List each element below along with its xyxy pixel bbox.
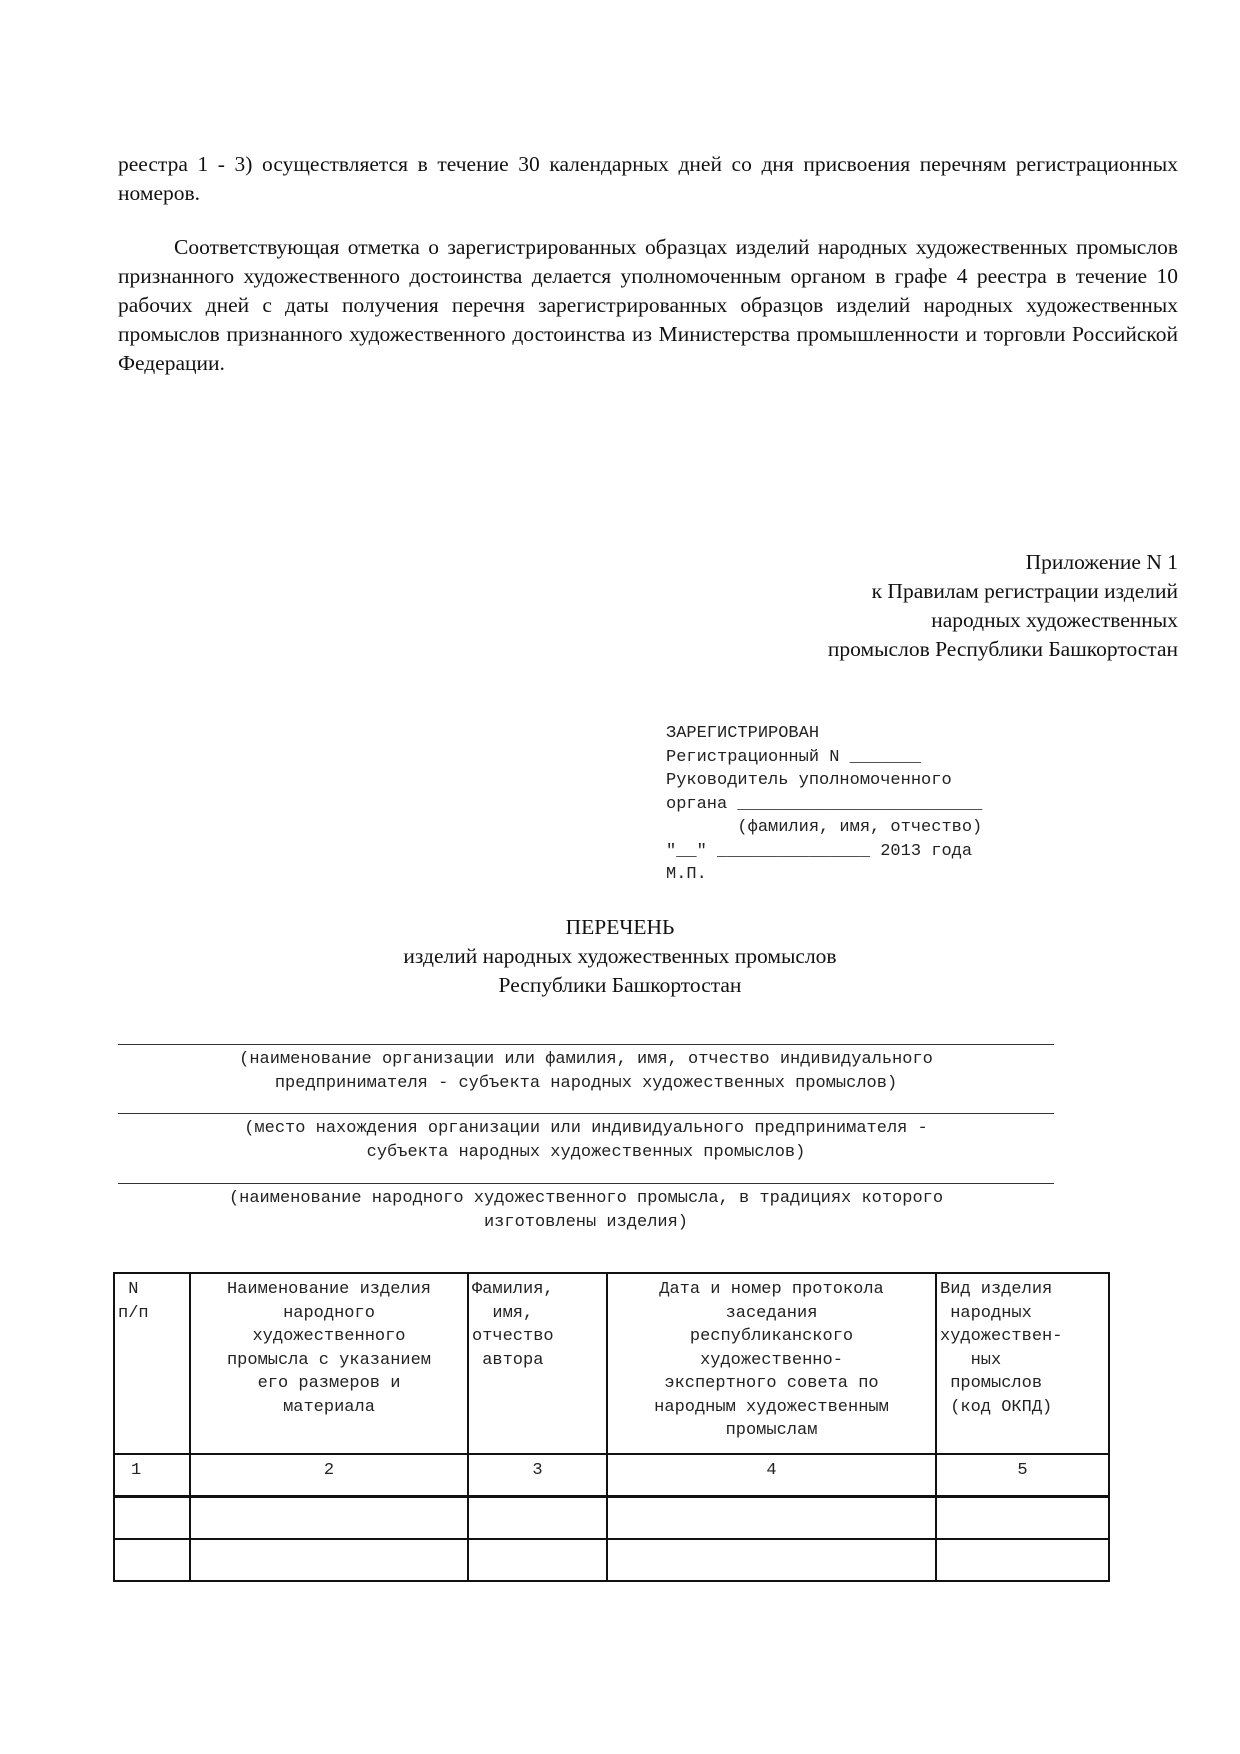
table-cell[interactable] bbox=[607, 1497, 936, 1540]
organization-name-field-block: (наименование организации или фамилия, и… bbox=[118, 1044, 1054, 1095]
products-table: N п/п Наименование изделия народного худ… bbox=[113, 1272, 1110, 1582]
column-number: 1 bbox=[114, 1454, 190, 1497]
column-number: 3 bbox=[468, 1454, 607, 1497]
table-row bbox=[114, 1497, 1109, 1540]
table-cell[interactable] bbox=[468, 1539, 607, 1581]
stamp-date-field[interactable]: "__" _______________ 2013 года bbox=[666, 840, 982, 864]
stamp-registered-label: ЗАРЕГИСТРИРОВАН bbox=[666, 722, 982, 746]
table-cell[interactable] bbox=[114, 1497, 190, 1540]
table-cell[interactable] bbox=[936, 1539, 1109, 1581]
title-heading: ПЕРЕЧЕНЬ bbox=[0, 913, 1240, 942]
appendix-title: Приложение N 1 bbox=[578, 548, 1178, 577]
craft-name-caption: (наименование народного художественного … bbox=[118, 1184, 1054, 1234]
stamp-registration-number-field[interactable]: Регистрационный N _______ bbox=[666, 746, 982, 770]
column-header-author: Фамилия, имя, отчество автора bbox=[468, 1273, 607, 1454]
table-header-row: N п/п Наименование изделия народного худ… bbox=[114, 1273, 1109, 1454]
appendix-header: Приложение N 1 к Правилам регистрации из… bbox=[578, 548, 1178, 664]
appendix-line: к Правилам регистрации изделий bbox=[578, 577, 1178, 606]
column-header-protocol: Дата и номер протокола заседания республ… bbox=[607, 1273, 936, 1454]
column-header-item-type: Вид изделия народных художествен- ных пр… bbox=[936, 1273, 1109, 1454]
column-header-number: N п/п bbox=[114, 1273, 190, 1454]
column-number: 5 bbox=[936, 1454, 1109, 1497]
table-cell[interactable] bbox=[468, 1497, 607, 1540]
table-cell[interactable] bbox=[607, 1539, 936, 1581]
table-cell[interactable] bbox=[114, 1539, 190, 1581]
body-paragraph-2: Соответствующая отметка о зарегистрирова… bbox=[118, 233, 1178, 378]
registration-stamp: ЗАРЕГИСТРИРОВАНРегистрационный N _______… bbox=[666, 722, 982, 887]
craft-name-field-block: (наименование народного художественного … bbox=[118, 1183, 1054, 1234]
stamp-authority-name-field[interactable]: органа ________________________ bbox=[666, 793, 982, 817]
table-row bbox=[114, 1539, 1109, 1581]
table-cell[interactable] bbox=[936, 1497, 1109, 1540]
document-title: ПЕРЕЧЕНЬ изделий народных художественных… bbox=[0, 913, 1240, 1000]
location-caption: (место нахождения организации или индиви… bbox=[118, 1114, 1054, 1164]
table-cell[interactable] bbox=[190, 1497, 468, 1540]
column-number-row: 1 2 3 4 5 bbox=[114, 1454, 1109, 1497]
location-field-block: (место нахождения организации или индиви… bbox=[118, 1113, 1054, 1164]
column-header-item-name: Наименование изделия народного художеств… bbox=[190, 1273, 468, 1454]
organization-name-caption: (наименование организации или фамилия, и… bbox=[118, 1045, 1054, 1095]
stamp-seal-label: М.П. bbox=[666, 863, 982, 887]
body-paragraph-1: реестра 1 - 3) осуществляется в течение … bbox=[118, 150, 1178, 208]
appendix-line: народных художественных bbox=[578, 606, 1178, 635]
title-subtitle: Республики Башкортостан bbox=[0, 971, 1240, 1000]
stamp-name-caption: (фамилия, имя, отчество) bbox=[666, 816, 982, 840]
appendix-line: промыслов Республики Башкортостан bbox=[578, 635, 1178, 664]
table-cell[interactable] bbox=[190, 1539, 468, 1581]
title-subtitle: изделий народных художественных промысло… bbox=[0, 942, 1240, 971]
stamp-head-label: Руководитель уполномоченного bbox=[666, 769, 982, 793]
column-number: 2 bbox=[190, 1454, 468, 1497]
column-number: 4 bbox=[607, 1454, 936, 1497]
